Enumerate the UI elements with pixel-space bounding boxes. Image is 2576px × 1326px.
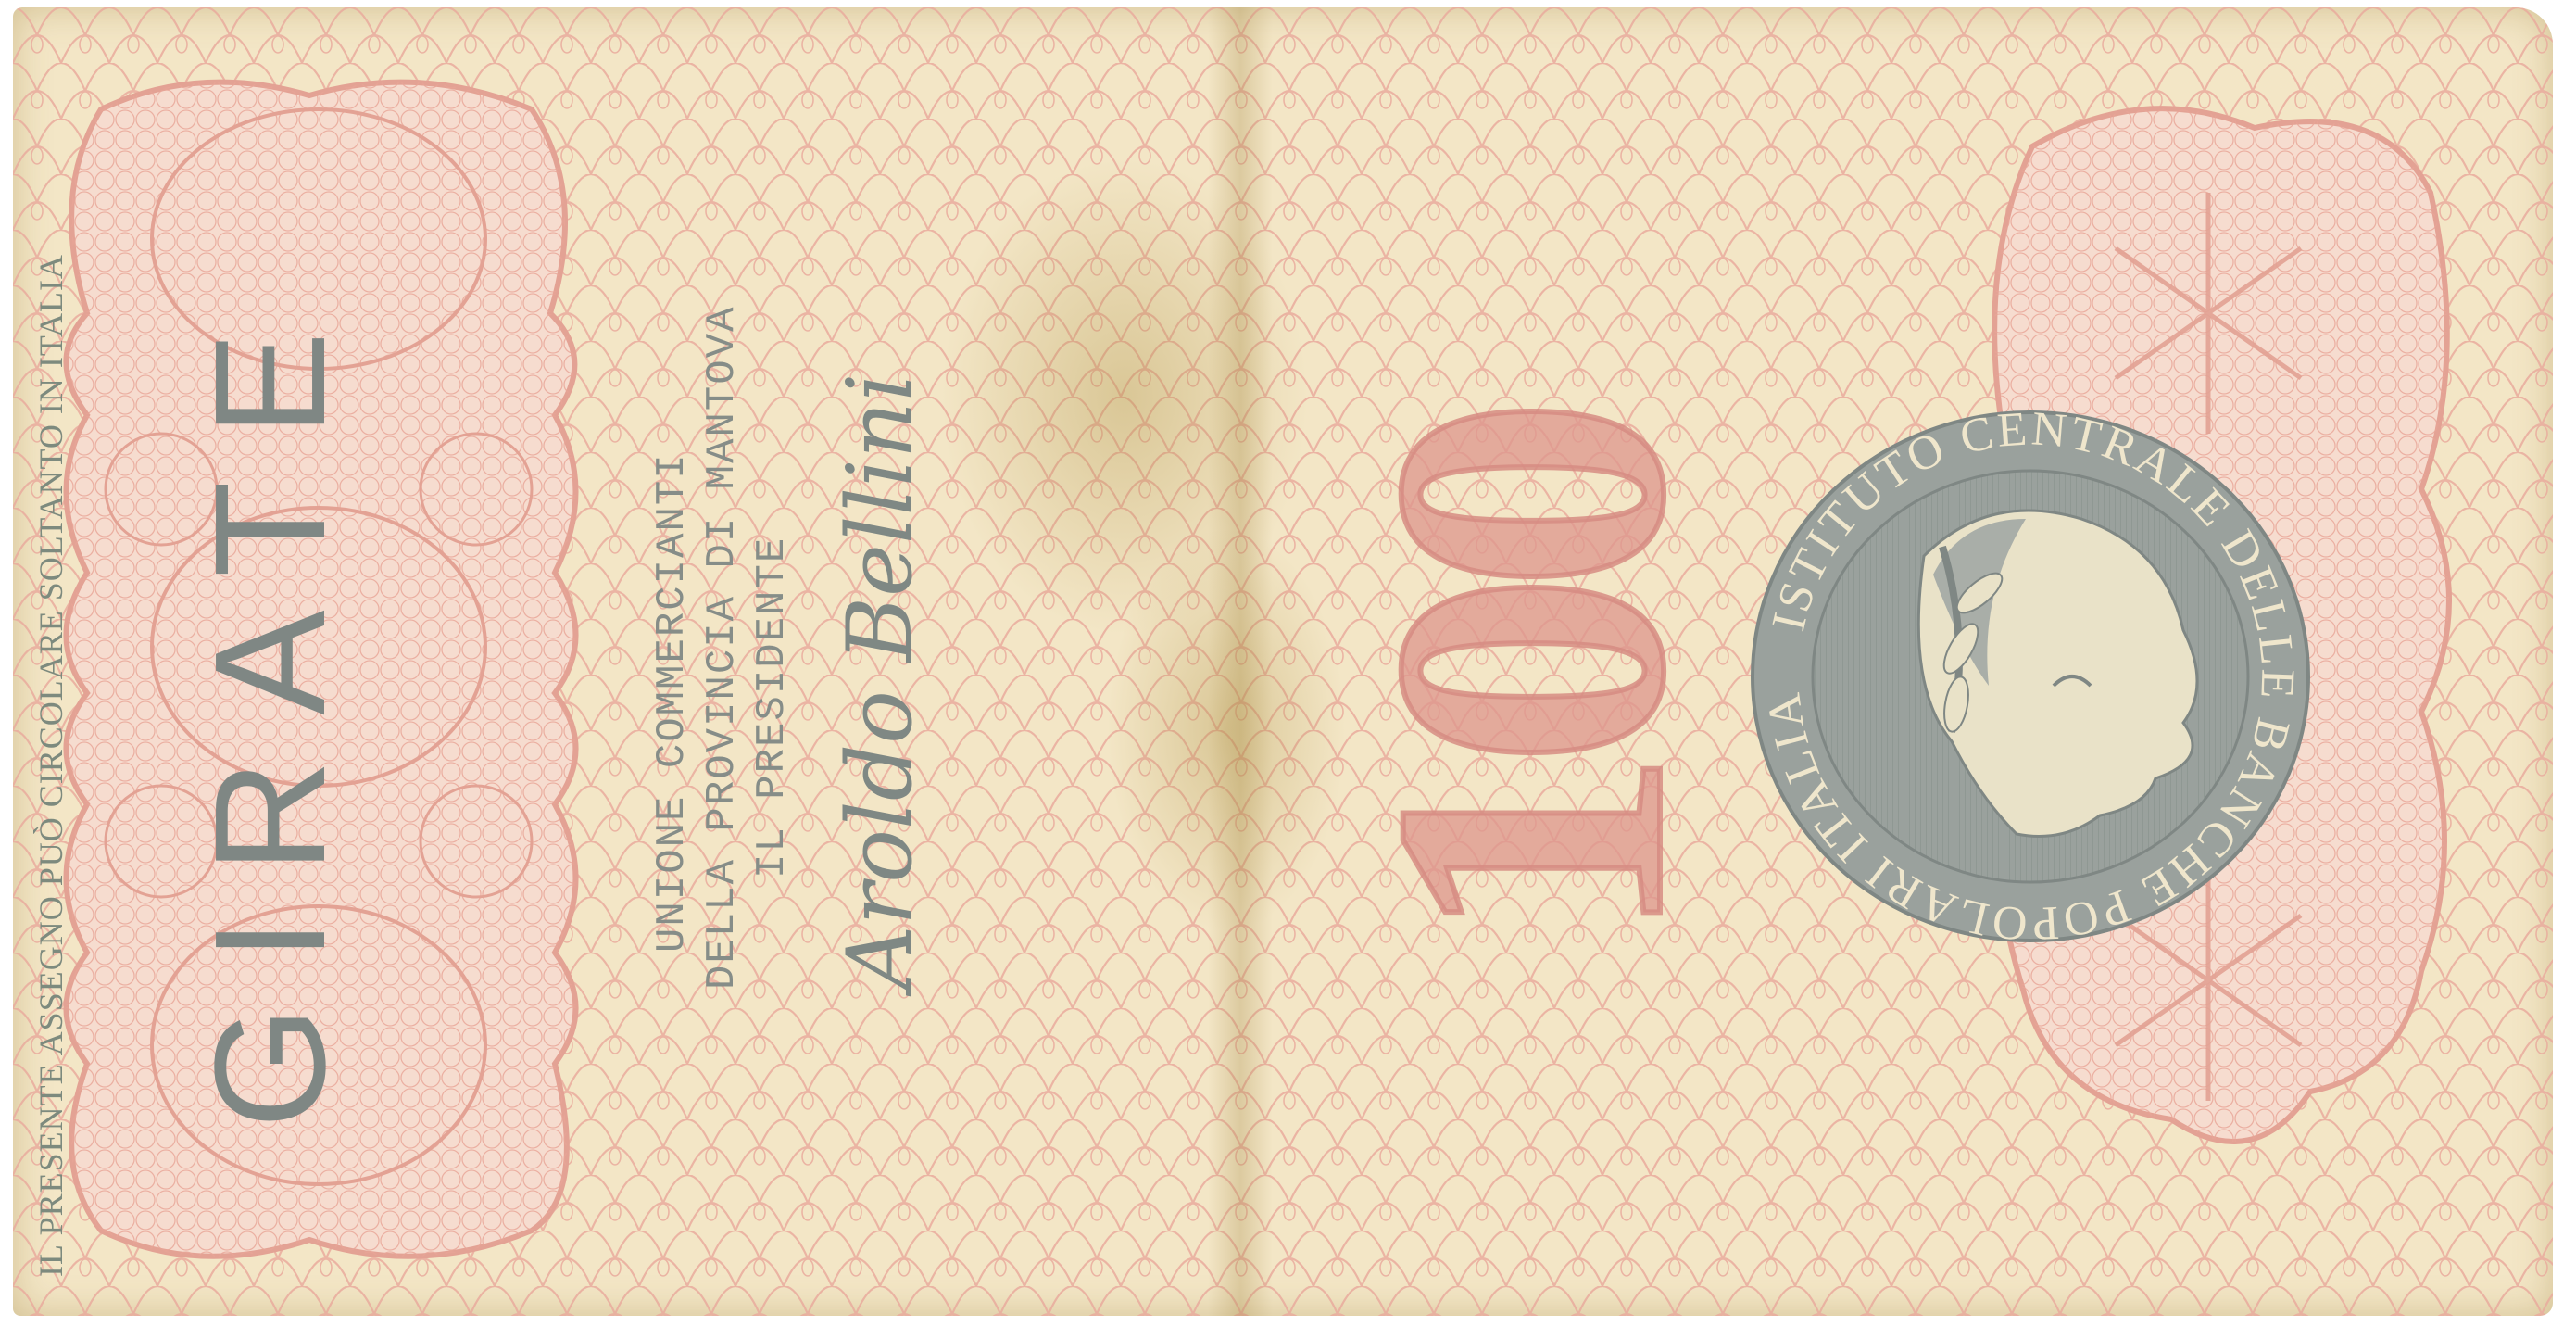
endorsement-label: GIRATE	[180, 287, 361, 1129]
issuer-line-1: UNIONE COMMERCIANTI	[647, 305, 697, 990]
denomination: 100	[1305, 415, 1753, 943]
circulation-notice: IL PRESENTE ASSEGNO PUÒ CIRCOLARE SOLTAN…	[31, 254, 70, 1277]
signature: Aroldo Bellini	[828, 373, 932, 990]
issuer-line-2: DELLA PROVINCIA DI MANTOVA	[697, 305, 748, 990]
bank-seal: ISTITUTO CENTRALE DELLE BANCHE POPOLARI …	[1748, 408, 2313, 945]
issuer-block: UNIONE COMMERCIANTI DELLA PROVINCIA DI M…	[647, 305, 798, 990]
issuer-line-3: IL PRESIDENTE	[748, 305, 798, 990]
